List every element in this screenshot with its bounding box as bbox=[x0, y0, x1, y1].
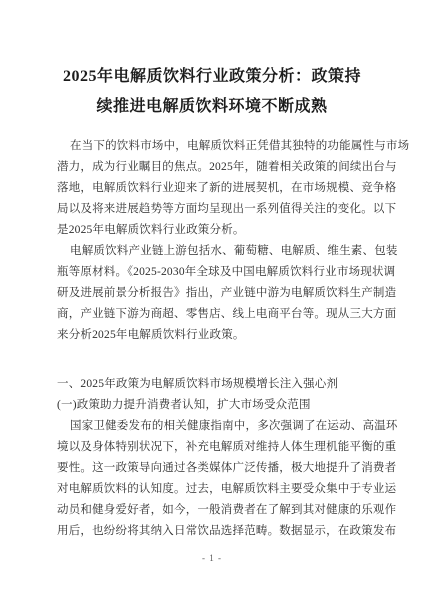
text-line: 商，产业链下游为商超、零售店、线上电商平台等。现从三大方面 bbox=[57, 304, 378, 325]
title-line-1: 2025年电解质饮料行业政策分析：政策持 bbox=[40, 62, 384, 92]
text-line: 落地，电解质饮料行业迎来了新的进展契机，在市场规模、竞争格 bbox=[57, 178, 378, 199]
text-line: 潜力，成为行业瞩目的焦点。2025年，随着相关政策的间续出台与 bbox=[57, 157, 378, 178]
sub-heading: (一)政策助力提升消费者认知，扩大市场受众范围 bbox=[57, 395, 378, 416]
text-line: 动员和健身爱好者，如今，一般消费者在了解到其对健康的乐观作 bbox=[57, 500, 378, 521]
document-body: 在当下的饮料市场中，电解质饮料正凭借其独特的功能属性与市场 潜力，成为行业瞩目的… bbox=[0, 136, 424, 542]
title-line-2: 续推进电解质饮料环境不断成熟 bbox=[40, 92, 384, 122]
text-line: 瓶等原材料。《2025-2030年全球及中国电解质饮料行业市场现状调 bbox=[57, 262, 378, 283]
text-line: 用后，也纷纷将其纳入日常饮品选择范畴。数据显示，在政策发布 bbox=[57, 521, 378, 542]
text-line: 研及进展前景分析报告》指出，产业链中游为电解质饮料生产制造 bbox=[57, 283, 378, 304]
text-line: 电解质饮料产业链上游包括水、葡萄糖、电解质、维生素、包装 bbox=[57, 241, 378, 262]
page-number: - 1 - bbox=[0, 551, 424, 565]
text-line: 对电解质饮料的认知度。过去，电解质饮料主要受众集中于专业运 bbox=[57, 479, 378, 500]
document-page: 2025年电解质饮料行业政策分析：政策持 续推进电解质饮料环境不断成熟 在当下的… bbox=[0, 0, 424, 600]
text-line: 境以及身体特别状况下，补充电解质对维持人体生理机能平衡的重 bbox=[57, 437, 378, 458]
paragraph-2: 电解质饮料产业链上游包括水、葡萄糖、电解质、维生素、包装 瓶等原材料。《2025… bbox=[57, 241, 378, 346]
text-line: 来分析2025年电解质饮料行业政策。 bbox=[57, 325, 378, 346]
text-line: 局以及将来进展趋势等方面均呈现出一系列值得关注的变化。以下 bbox=[57, 199, 378, 220]
document-title: 2025年电解质饮料行业政策分析：政策持 续推进电解质饮料环境不断成熟 bbox=[40, 62, 384, 122]
text-line: 国家卫健委发布的相关健康指南中，多次强调了在运动、高温环 bbox=[57, 416, 378, 437]
text-line: 在当下的饮料市场中，电解质饮料正凭借其独特的功能属性与市场 bbox=[57, 136, 378, 157]
text-line: 是2025年电解质饮料行业政策分析。 bbox=[57, 220, 378, 241]
section-heading: 一、2025年政策为电解质饮料市场规模增长注入强心剂 bbox=[57, 374, 378, 395]
paragraph-1: 在当下的饮料市场中，电解质饮料正凭借其独特的功能属性与市场 潜力，成为行业瞩目的… bbox=[57, 136, 378, 241]
paragraph-3: 国家卫健委发布的相关健康指南中，多次强调了在运动、高温环 境以及身体特别状况下，… bbox=[57, 416, 378, 542]
text-line: 要性。这一政策导向通过各类媒体广泛传播，极大地提升了消费者 bbox=[57, 458, 378, 479]
